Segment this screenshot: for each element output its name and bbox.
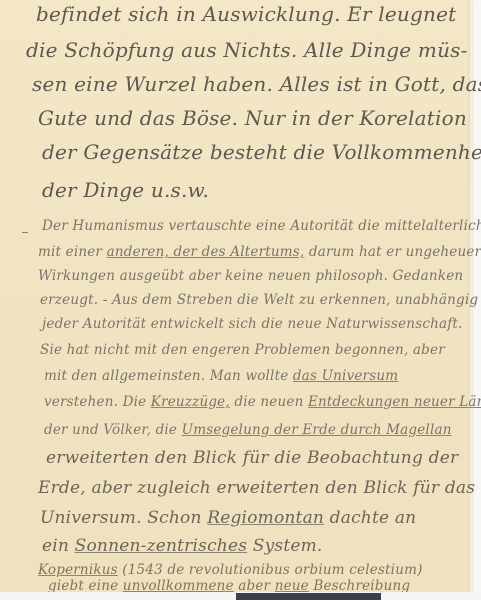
text-line-20: Kopernikus (1543 de revolutionibus orbiu… [38,562,423,578]
underlined-phrase: anderen, der des Altertums, [107,244,305,260]
underlined-phrase: Umsegelung der Erde durch Magellan [182,422,452,438]
underlined-phrase: Entdeckungen neuer Län- [308,394,481,410]
text-line-14: verstehen. Die Kreuzzüge, die neuen Entd… [44,394,481,410]
scan-background-dark-area [236,593,381,600]
text-line-11: jeder Autorität entwickelt sich die neue… [42,316,463,332]
text-line-7: Der Humanismus vertauschte eine Autoritä… [42,218,481,234]
text-line-12: Sie hat nicht mit den engeren Problemen … [40,342,445,358]
manuscript-page: befindet sich in Auswicklung. Er leugnet… [0,0,471,592]
margin-dash [22,232,28,233]
text-line-6: der Dinge u.s.w. [42,178,209,202]
text-line-5: der Gegensätze besteht die Vollkommenhei… [42,140,481,164]
underlined-phrase: Regiomontan [207,508,324,528]
text-line-18: Universum. Schon Regiomontan dachte an [40,508,416,528]
text-line-9: Wirkungen ausgeübt aber keine neuen phil… [38,268,463,284]
text-line-13: mit den allgemeinsten. Man wollte das Un… [44,368,398,384]
text-line-10: erzeugt. - Aus dem Streben die Welt zu e… [40,292,478,308]
text-line-3: sen eine Wurzel haben. Alles ist in Gott… [32,72,481,96]
text-line-8: mit einer anderen, der des Altertums, da… [38,244,481,260]
text-line-17: Erde, aber zugleich erweiterten den Blic… [38,478,475,498]
text-line-19: ein Sonnen-zentrisches System. [42,536,323,556]
text-line-15: der und Völker, die Umsegelung der Erde … [44,422,452,438]
text-line-1: befindet sich in Auswicklung. Er leugnet [36,2,456,26]
text-line-4: Gute und das Böse. Nur in der Korelation [38,106,467,130]
underlined-phrase: Kopernikus [38,562,118,578]
text-line-16: erweiterten den Blick für die Beobachtun… [46,448,458,468]
underlined-phrase: Sonnen-zentrisches [75,536,247,556]
underlined-phrase: Kreuzzüge, [151,394,230,410]
underlined-phrase: das Universum [293,368,398,384]
text-line-2: die Schöpfung aus Nichts. Alle Dinge müs… [26,38,468,62]
